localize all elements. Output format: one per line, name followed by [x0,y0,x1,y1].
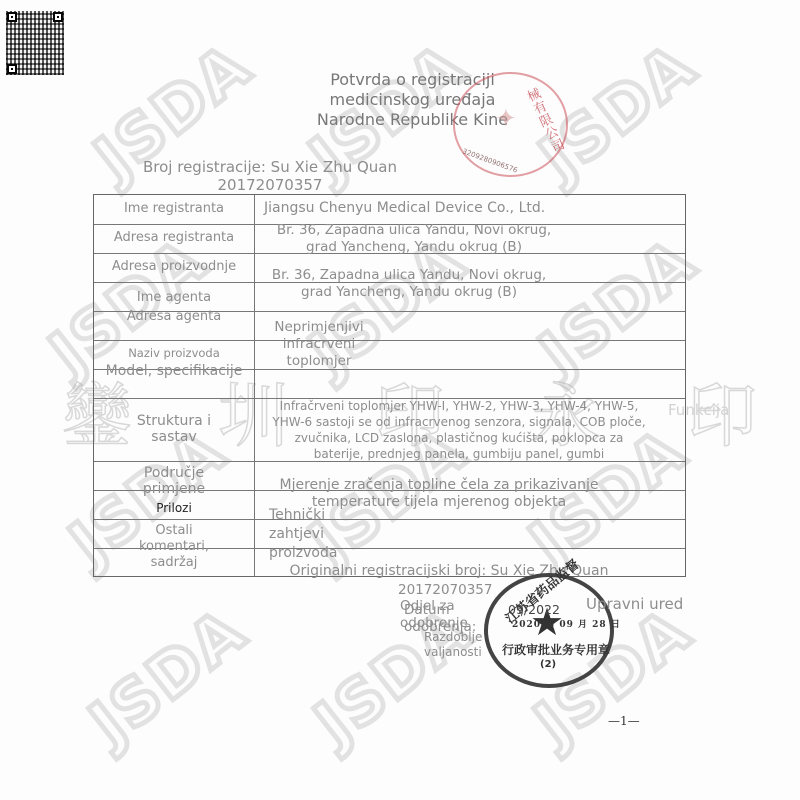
value-product-name: Neprimjenjivi infracrveni toplomjer [264,319,374,370]
label-agent-address: Adresa agenta [99,309,249,325]
qr-finder-icon [7,64,17,74]
department-value: Upravni ured [586,595,683,613]
label-other-comments: Ostali komentari, sadržaj [129,523,219,571]
label-production-address: Adresa proizvodnje [99,259,249,275]
label-application: Područje primjene [119,465,229,497]
value-structure: Infračrveni toplomjer YHW-I, YHW-2, YHW-… [269,398,649,462]
approval-date-value: 09/2022 [508,602,560,617]
registration-table: Ime registranta Adresa registranta Adres… [93,194,686,577]
approval-stamp: 江苏省药品监督 ★ 行政审批业务专用章 (2) [484,573,614,688]
stamp-date: 2020 年 09 月 28 日 [512,617,621,630]
page-number: —1— [608,714,640,728]
value-registrant-name: Jiangsu Chenyu Medical Device Co., Ltd. [264,200,584,217]
registration-number-label: Broj registracije: Su Xie Zhu Quan [120,158,420,176]
stamp-bottom-text: 行政审批业务专用章 [502,641,610,658]
value-registrant-address: Br. 36, Zapadna ulica Yandu, Novi okrug,… [264,222,564,256]
qr-finder-icon [53,12,63,22]
row-divider [94,340,685,341]
company-stamp: ✦ 械有限公司 3209280906576 [453,72,568,177]
row-divider [94,519,685,520]
side-label-function: Funkcija [668,401,729,419]
registration-number-value: 20172070357 [120,176,420,194]
stamp-sub-text: (2) [540,659,556,670]
qr-code [6,11,64,75]
original-registration-number: 20172070357 [398,582,492,598]
value-attachments: Tehnički zahtjevi proizvoda [269,506,369,563]
label-agent-name: Ime agenta [99,290,249,306]
label-structure: Struktura i sastav [119,413,229,445]
label-product-name: Naziv proizvoda [99,345,249,361]
star-icon: ✦ [495,104,517,134]
watermark: JSDA [76,594,259,759]
label-registrant-address: Adresa registranta [99,230,249,246]
label-registrant-name: Ime registranta [99,201,249,217]
label-attachments: Prilozi [99,500,249,516]
value-production-address: Br. 36, Zapadna ulica Yandu, Novi okrug,… [259,267,559,301]
qr-finder-icon [7,12,17,22]
registration-number: Broj registracije: Su Xie Zhu Quan 20172… [120,158,420,194]
stamp-number: 3209280906576 [461,147,518,174]
validity-label: Razdoblje valjanosti [424,630,494,660]
label-model: Model, specifikacije [99,363,249,379]
